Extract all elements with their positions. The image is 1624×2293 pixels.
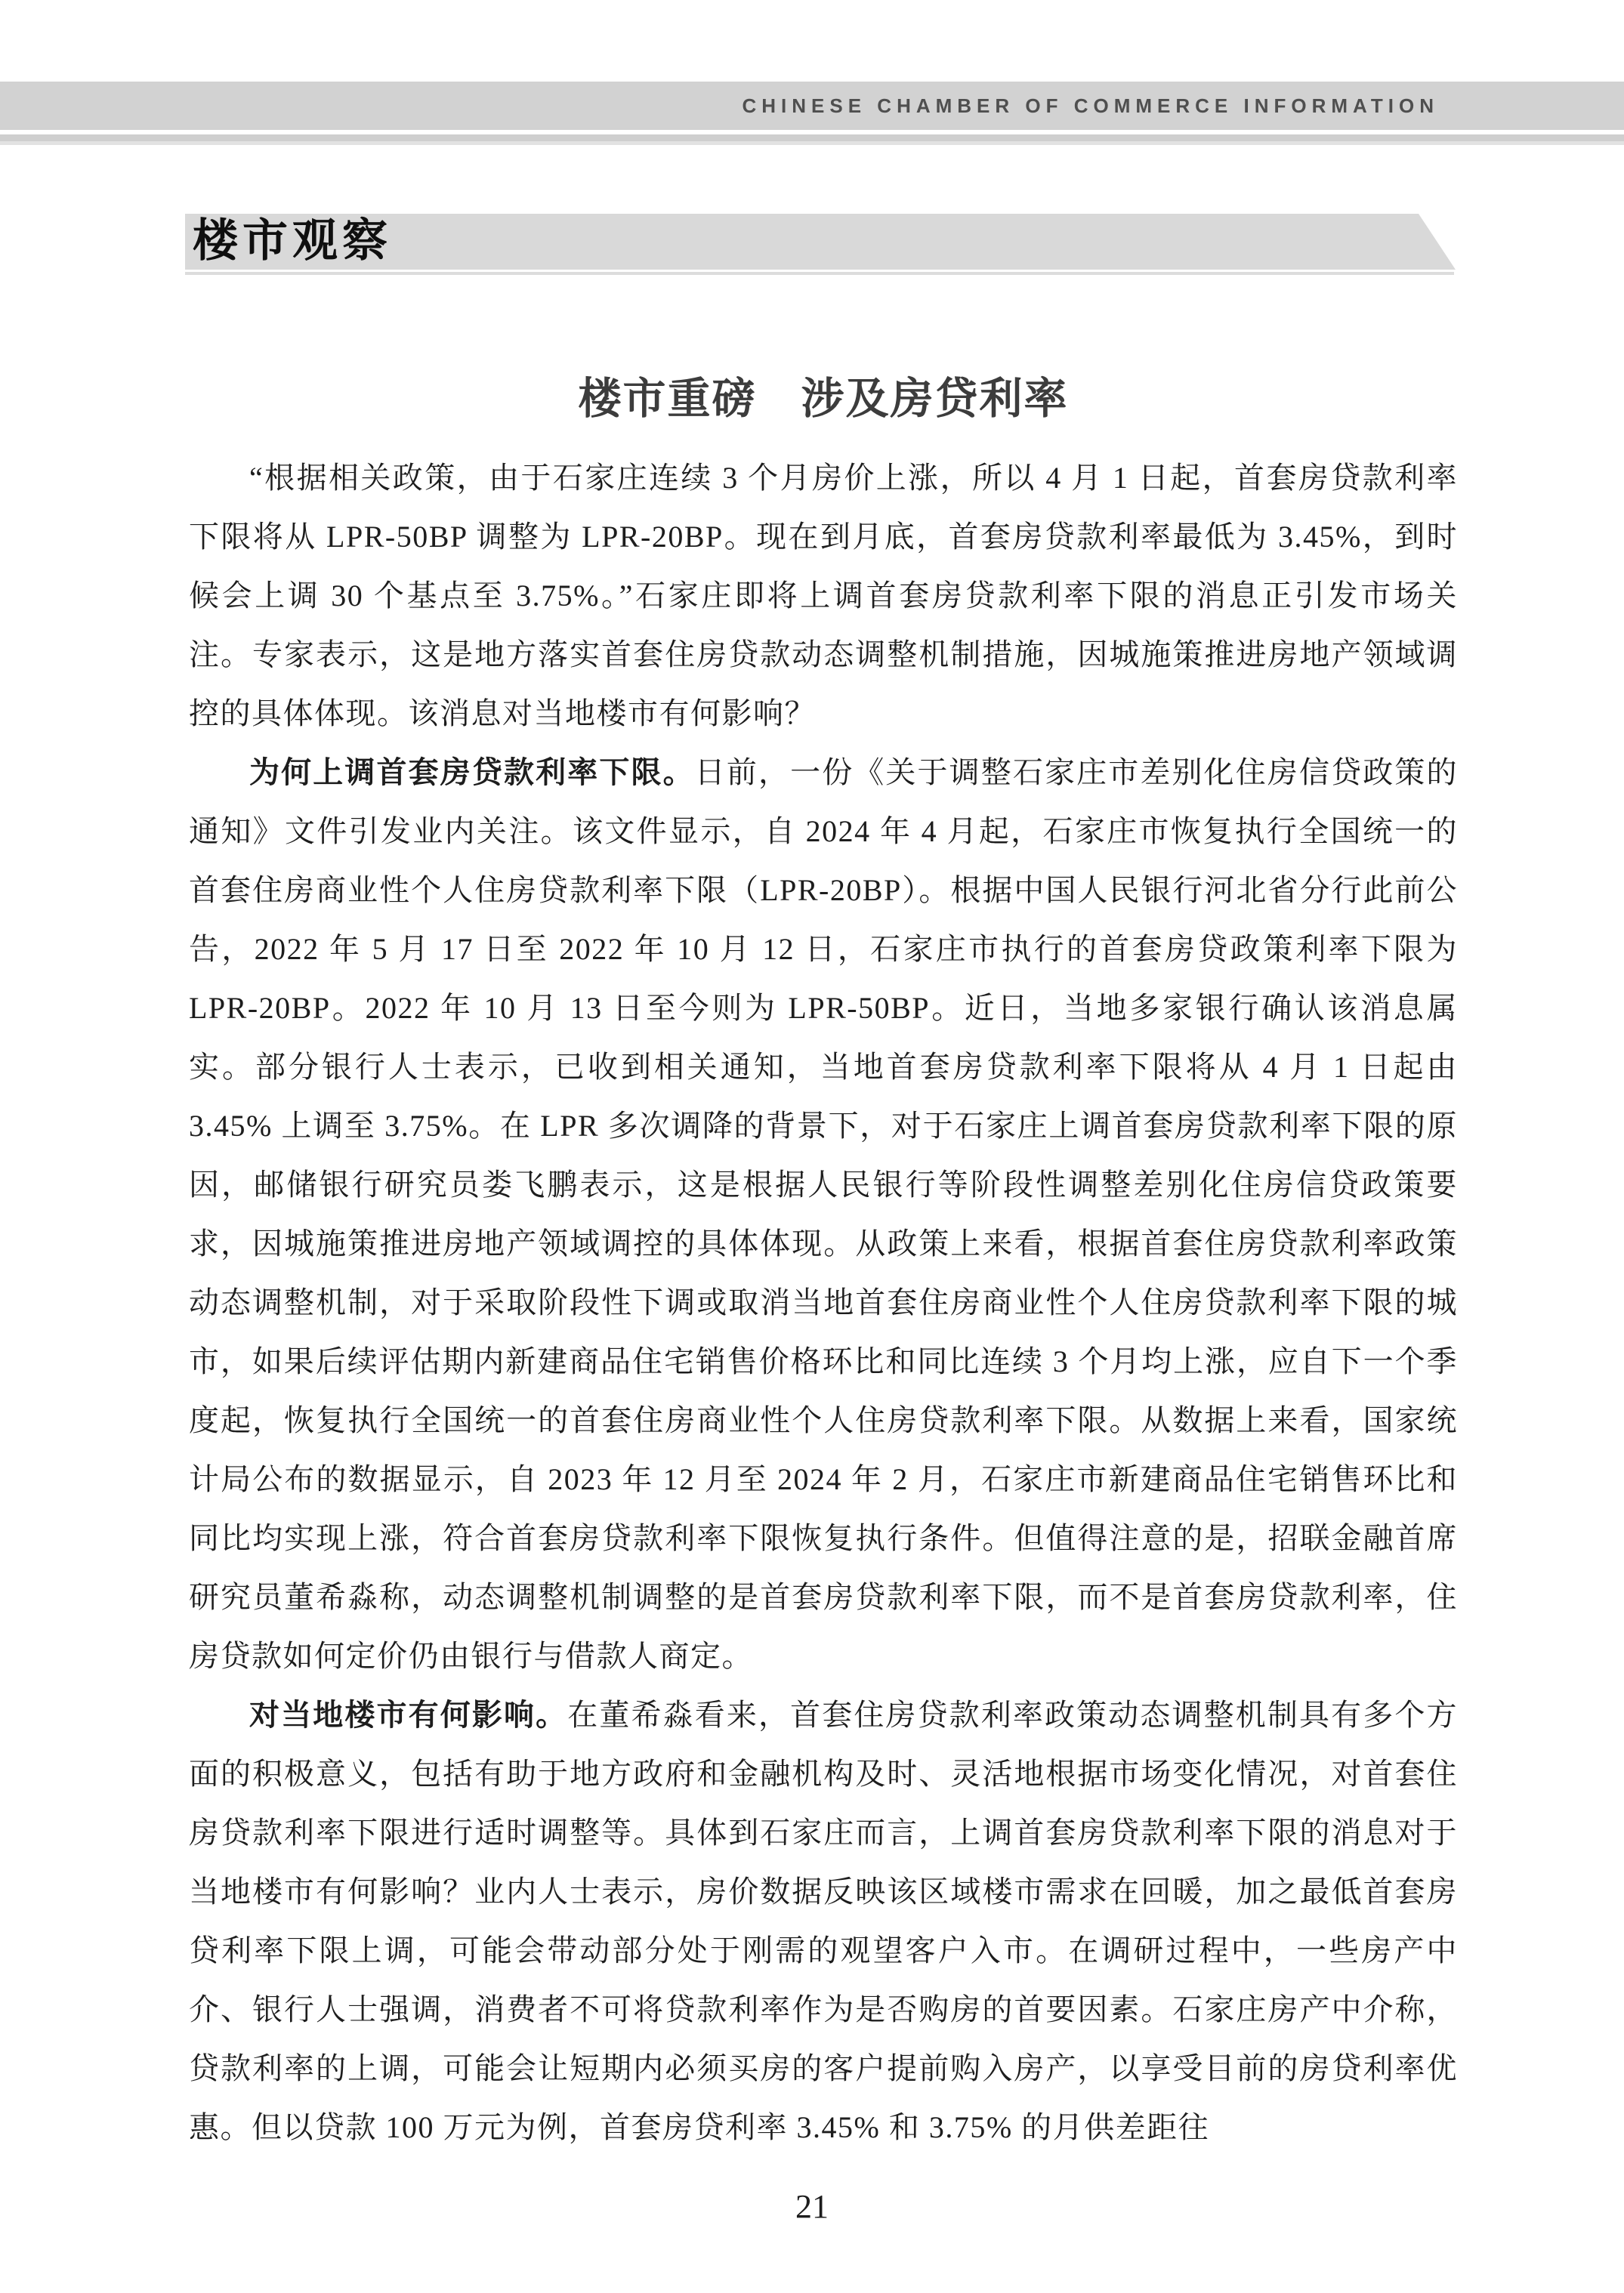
article-body: “根据相关政策，由于石家庄连续 3 个月房价上涨，所以 4 月 1 日起，首套房…: [189, 449, 1458, 2157]
paragraph: 对当地楼市有何影响。在董希淼看来，首套住房贷款利率政策动态调整机制具有多个方面的…: [189, 1686, 1458, 2157]
paragraph: 为何上调首套房贷款利率下限。日前，一份《关于调整石家庄市差别化住房信贷政策的通知…: [189, 743, 1458, 1686]
page-number: 21: [0, 2187, 1624, 2226]
section-label: 楼市观察: [193, 214, 392, 268]
paragraph-bold-lead: 为何上调首套房贷款利率下限。: [249, 755, 695, 789]
header-band: CHINESE CHAMBER OF COMMERCE INFORMATION: [0, 82, 1624, 130]
paragraph-bold-lead: 对当地楼市有何影响。: [249, 1698, 567, 1732]
paragraph: “根据相关政策，由于石家庄连续 3 个月房价上涨，所以 4 月 1 日起，首套房…: [189, 449, 1458, 743]
section-banner-shadow: [185, 272, 1454, 275]
article-title: 楼市重磅 涉及房贷利率: [189, 364, 1458, 426]
header-divider-thick: [0, 134, 1624, 141]
header-divider-thin: [0, 141, 1624, 145]
section-banner: 楼市观察: [185, 214, 1456, 270]
document-page: CHINESE CHAMBER OF COMMERCE INFORMATION …: [0, 0, 1624, 2293]
header-title: CHINESE CHAMBER OF COMMERCE INFORMATION: [742, 82, 1439, 130]
